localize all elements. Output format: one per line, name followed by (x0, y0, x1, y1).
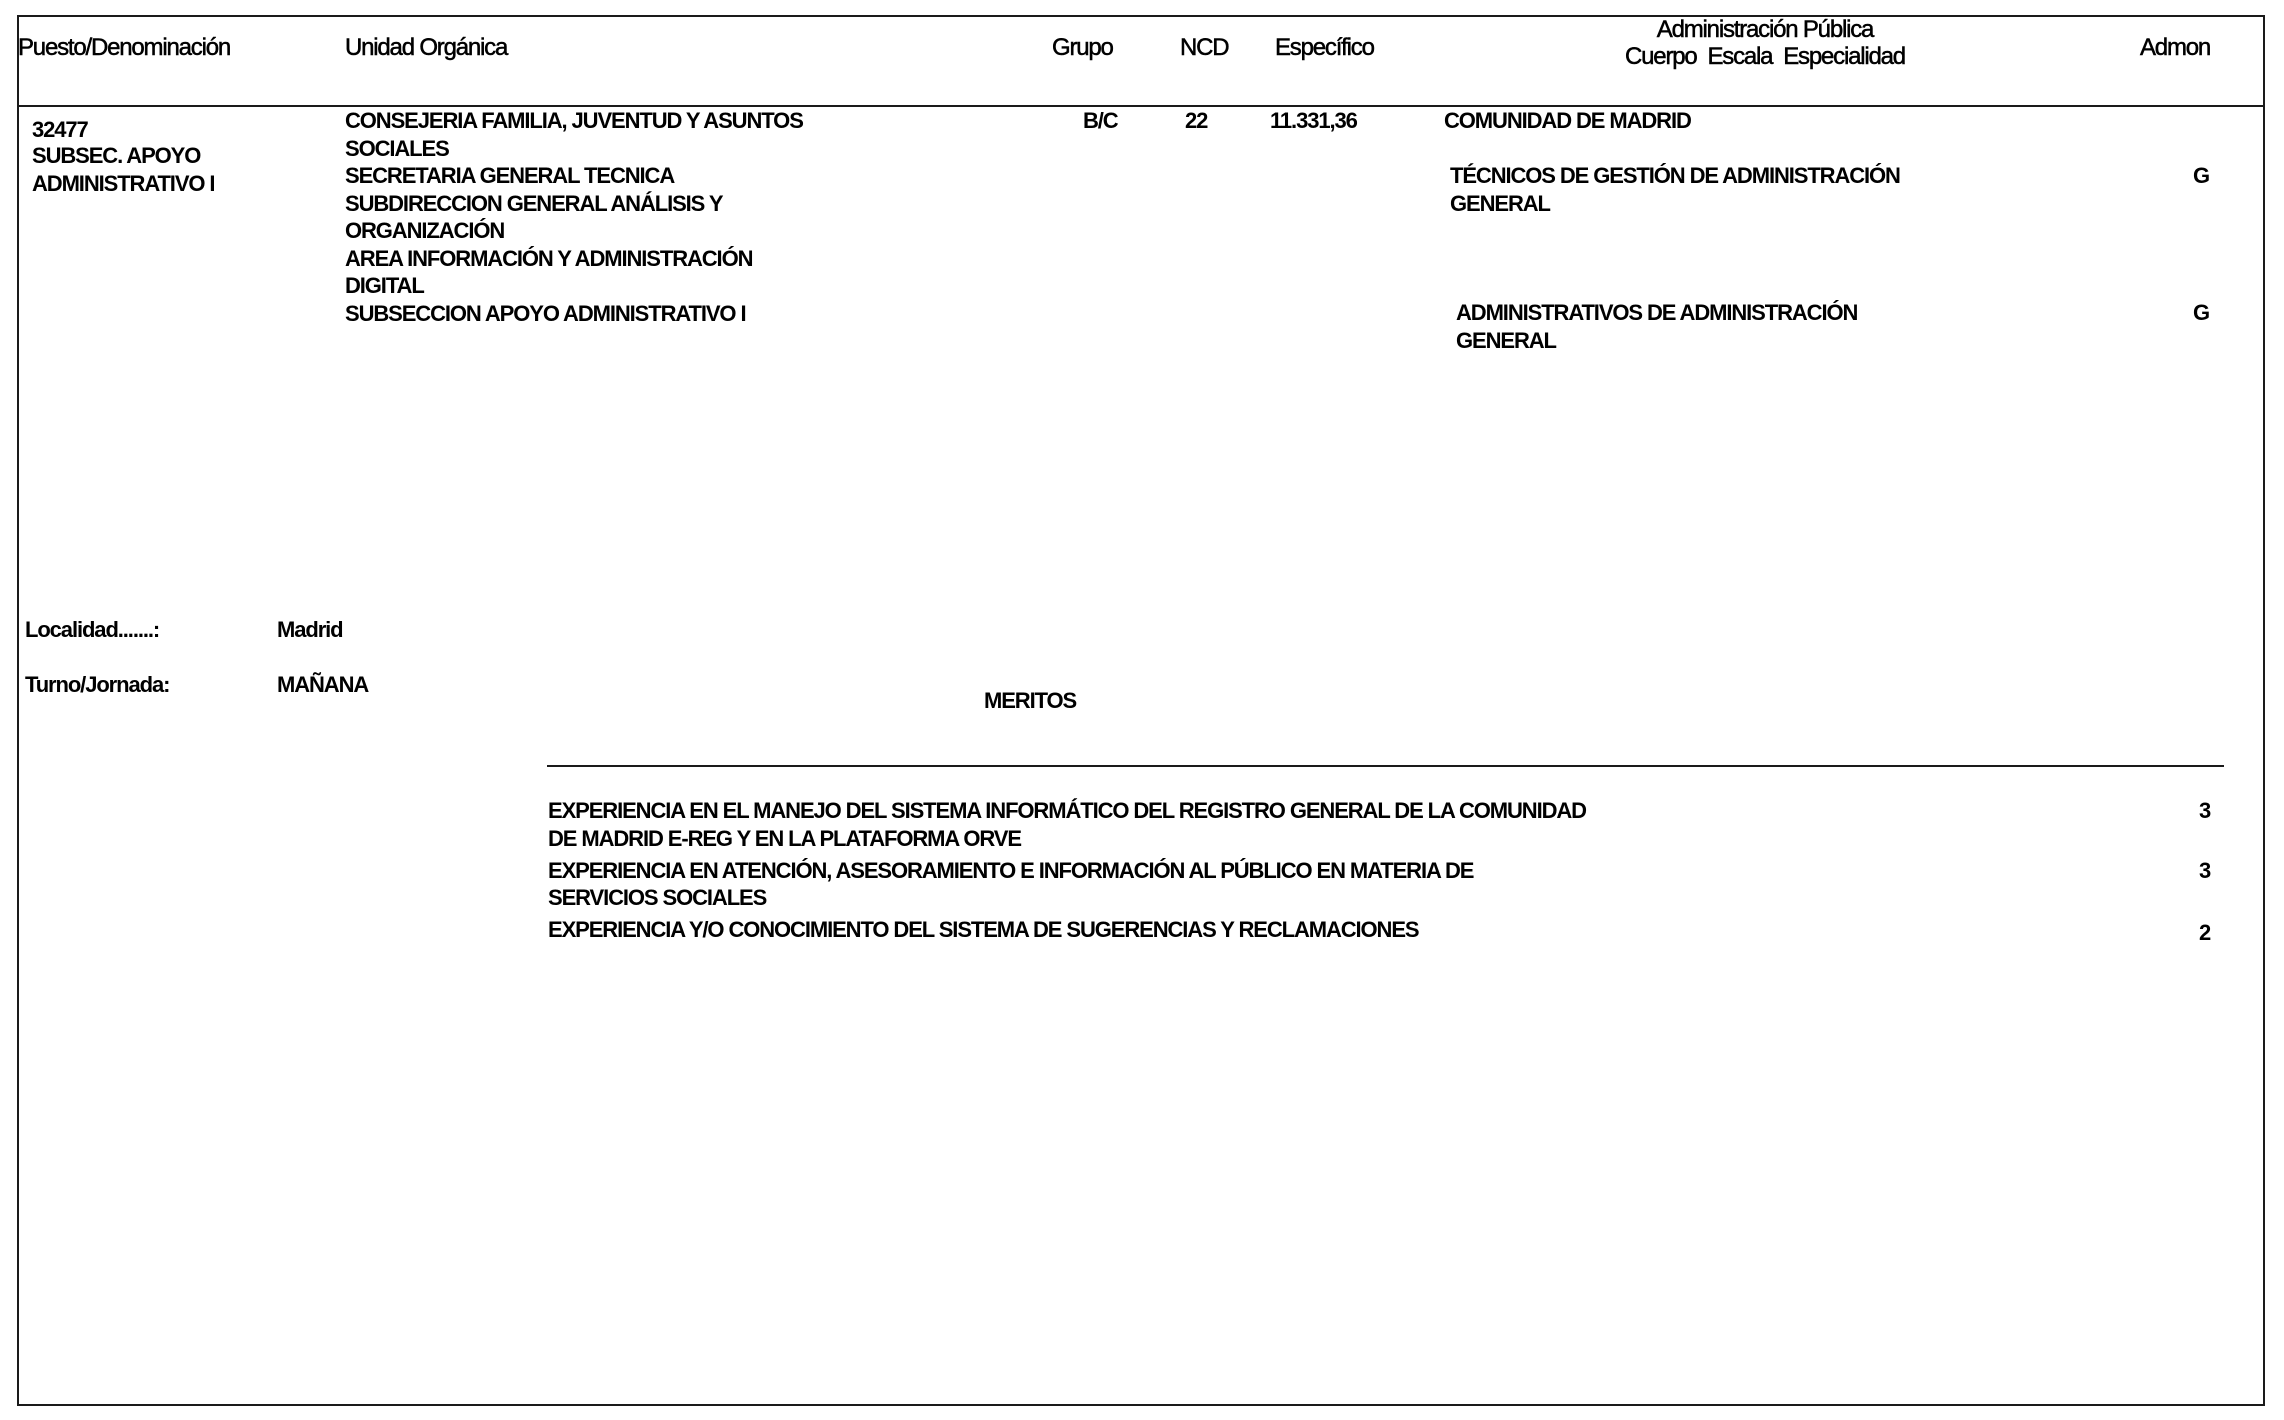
denominacion-line: SUBSEC. APOYO (32, 142, 214, 170)
cuerpo-2: ADMINISTRATIVOS DE ADMINISTRACIÓN GENERA… (1456, 299, 1857, 354)
ncd-value: 22 (1185, 107, 1207, 135)
unidad-line: AREA INFORMACIÓN Y ADMINISTRACIÓN (345, 245, 803, 273)
cuerpo-line: GENERAL (1456, 327, 1857, 355)
header-grupo: Grupo (1052, 34, 1113, 62)
unidad-line: DIGITAL (345, 272, 803, 300)
header-especifico: Específico (1275, 34, 1374, 62)
header-administracion-publica: Administración Pública (1560, 16, 1970, 44)
merito-2-points: 3 (2199, 857, 2210, 885)
cuerpo-line: GENERAL (1450, 190, 1900, 218)
header-ncd: NCD (1180, 34, 1228, 62)
cuerpo-1: TÉCNICOS DE GESTIÓN DE ADMINISTRACIÓN GE… (1450, 162, 1900, 217)
localidad-label: Localidad.......: (25, 616, 159, 644)
puesto-codigo: 32477 (32, 116, 88, 144)
turno-value: MAÑANA (277, 671, 368, 699)
header-puesto: Puesto/Denominación (18, 34, 230, 62)
denominacion-line: ADMINISTRATIVO I (32, 170, 214, 198)
unidad-line: SUBDIRECCION GENERAL ANÁLISIS Y (345, 190, 803, 218)
turno-label: Turno/Jornada: (25, 671, 169, 699)
unidad-line: SOCIALES (345, 135, 803, 163)
localidad-value: Madrid (277, 616, 343, 644)
cuerpo-line: TÉCNICOS DE GESTIÓN DE ADMINISTRACIÓN (1450, 162, 1900, 190)
unidad-organica: CONSEJERIA FAMILIA, JUVENTUD Y ASUNTOS S… (345, 107, 803, 327)
merito-line: SERVICIOS SOCIALES (548, 884, 1586, 916)
merito-line: EXPERIENCIA Y/O CONOCIMIENTO DEL SISTEMA… (548, 916, 1586, 944)
merito-line: EXPERIENCIA EN EL MANEJO DEL SISTEMA INF… (548, 797, 1586, 825)
merito-line: DE MADRID E-REG Y EN LA PLATAFORMA ORVE (548, 825, 1586, 857)
header-cuerpo-escala-especialidad: Cuerpo Escala Especialidad (1560, 43, 1970, 71)
cuerpo-line: ADMINISTRATIVOS DE ADMINISTRACIÓN (1456, 299, 1857, 327)
cuerpo-2-admon: G (2193, 299, 2209, 327)
especifico-value: 11.331,36 (1270, 107, 1357, 135)
cuerpo-1-admon: G (2193, 162, 2209, 190)
header-admon: Admon (2140, 34, 2210, 62)
merito-item: EXPERIENCIA EN EL MANEJO DEL SISTEMA INF… (548, 797, 1586, 944)
header-unidad: Unidad Orgánica (345, 34, 507, 62)
merito-line: EXPERIENCIA EN ATENCIÓN, ASESORAMIENTO E… (548, 857, 1586, 885)
unidad-line: ORGANIZACIÓN (345, 217, 803, 245)
puesto-denominacion: SUBSEC. APOYO ADMINISTRATIVO I (32, 142, 214, 197)
merito-3-points: 2 (2199, 919, 2210, 947)
meritos-divider (547, 765, 2224, 767)
grupo-value: B/C (1083, 107, 1118, 135)
merito-1-points: 3 (2199, 797, 2210, 825)
unidad-line: SECRETARIA GENERAL TECNICA (345, 162, 803, 190)
unidad-line: SUBSECCION APOYO ADMINISTRATIVO I (345, 300, 803, 328)
unidad-line: CONSEJERIA FAMILIA, JUVENTUD Y ASUNTOS (345, 107, 803, 135)
administracion-value: COMUNIDAD DE MADRID (1444, 107, 1691, 135)
meritos-title: MERITOS (984, 687, 1076, 715)
